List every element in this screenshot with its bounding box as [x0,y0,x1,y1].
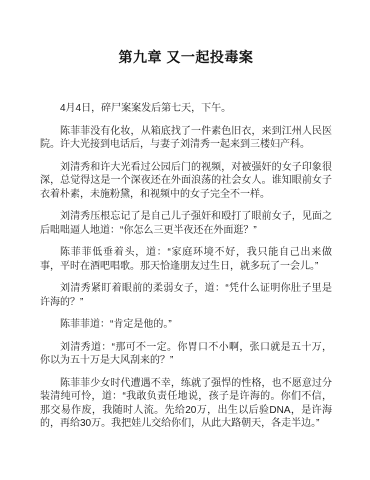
paragraph-1: 4月4日，碎尸案案发后第七天，下午。 [40,102,332,116]
paragraph-9: 陈菲菲少女时代遭遇不幸，练就了强悍的性格，也不愿意过分装清纯可怜，道：“我敢负责… [40,377,332,431]
paragraph-2: 陈菲菲没有化妆，从箱底找了一件素色旧衣，来到江州人民医院。许大光接到电话后，与妻… [40,125,332,152]
paragraph-8: 刘清秀道：“那可不一定。你胃口不小啊，张口就是五十万，你以为五十万是大风刮来的？… [40,341,332,368]
paragraph-6: 刘清秀紧盯着眼前的柔弱女子，道：“凭什么证明你肚子里是许海的？” [40,282,332,309]
paragraph-7: 陈菲菲道：“肯定是他的。” [40,318,332,332]
chapter-body: 4月4日，碎尸案案发后第七天，下午。 陈菲菲没有化妆，从箱底找了一件素色旧衣，来… [40,102,332,431]
chapter-title: 第九章 又一起投毒案 [40,48,332,66]
document-page: 第九章 又一起投毒案 4月4日，碎尸案案发后第七天，下午。 陈菲菲没有化妆，从箱… [0,0,370,480]
paragraph-3: 刘清秀和许大光看过公园后门的视频，对被强奸的女子印象很深，总觉得这是一个深夜还在… [40,161,332,202]
paragraph-4: 刘清秀压根忘记了是自己儿子强奸和殴打了眼前女子，见面之后咄咄逼人地道：“你怎么三… [40,210,332,237]
paragraph-5: 陈菲菲低垂着头，道：“家庭环境不好，我只能自己出来做事，平时在酒吧唱歌。那天恰逢… [40,246,332,273]
